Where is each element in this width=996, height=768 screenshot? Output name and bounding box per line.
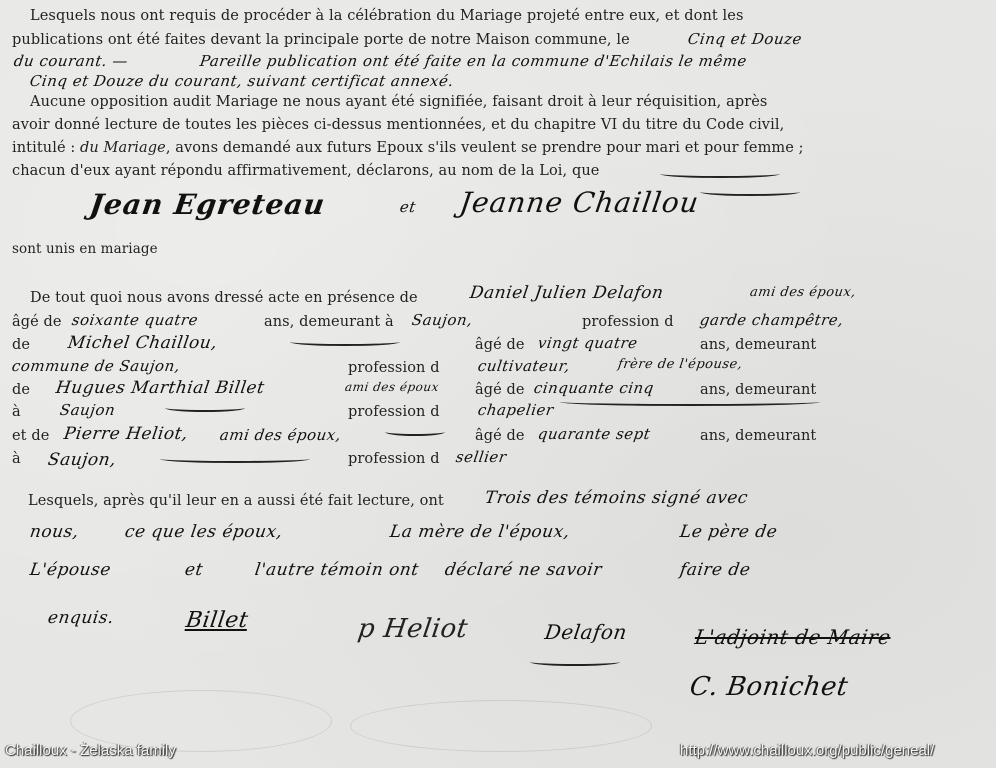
watermark-family: Chailloux - Żelaska family: [5, 742, 176, 759]
handwritten-pareille: Pareille publication ont été faite en la…: [199, 52, 748, 70]
printed-line: chacun d'eux ayant répondu affirmativeme…: [12, 163, 599, 179]
filler-squiggle: [160, 455, 310, 463]
printed-italic-title: du Mariage: [80, 140, 166, 156]
filler-squiggle: [700, 188, 800, 196]
closing-lepouse: L'épouse: [29, 560, 113, 580]
printed-line: intitulé : du Mariage, avons demandé aux…: [12, 140, 804, 156]
label-profession: profession d: [348, 404, 440, 420]
printed-line: publications ont été faites devant la pr…: [12, 32, 630, 48]
witness4-relation: ami des époux,: [219, 426, 343, 444]
label-profession: profession d: [348, 360, 440, 376]
signature-adjoint-maire: L'adjoint de Maire: [693, 625, 892, 649]
witness3-age: cinquante cinq: [533, 379, 655, 397]
signature-delafon: Delafon: [543, 620, 628, 644]
groom-name: Jean Egreteau: [88, 188, 328, 221]
witness2-relation: frère de l'épouse,: [617, 357, 743, 372]
label-age: âgé de: [12, 314, 62, 330]
witness1-age: soixante quatre: [71, 311, 200, 329]
bride-name: Jeanne Chaillou: [458, 186, 702, 219]
handwritten-pub-dates: Cinq et Douze: [687, 30, 804, 48]
spouses-and: et: [399, 198, 417, 216]
witness2-profession: cultivateur,: [477, 357, 571, 375]
scanned-marriage-record: Lesquels nous ont requis de procéder à l…: [0, 0, 996, 768]
signature-heliot: p Heliot: [356, 614, 470, 644]
label-de: de: [12, 382, 30, 398]
printed-text: intitulé :: [12, 140, 80, 156]
witness3-residence: Saujon: [59, 401, 117, 419]
filler-squiggle: [165, 404, 245, 412]
closing-le-pere: Le père de: [679, 522, 779, 542]
printed-line: sont unis en mariage: [12, 241, 158, 257]
label-age: âgé de: [475, 428, 525, 444]
bleed-through-mark: [350, 700, 652, 752]
closing-declare: déclaré ne savoir: [444, 560, 604, 580]
closing-faire-de: faire de: [679, 560, 752, 580]
witness1-residence: Saujon,: [411, 311, 474, 329]
signature-billet: Billet: [184, 608, 250, 633]
witness3-name: Hugues Marthial Billet: [55, 378, 266, 398]
witness3-relation: ami des époux: [344, 380, 440, 394]
filler-squiggle: [385, 428, 445, 436]
closing-line-1: Trois des témoins signé avec: [484, 488, 750, 508]
label-profession: profession d: [348, 451, 440, 467]
printed-text: , avons demandé aux futurs Epoux s'ils v…: [166, 140, 804, 156]
label-a: à: [12, 404, 21, 420]
closing-la-mere: La mère de l'époux,: [389, 522, 571, 542]
label-a: à: [12, 451, 21, 467]
printed-line: avoir donné lecture de toutes les pièces…: [12, 117, 784, 133]
signature-bonichet: C. Bonichet: [688, 672, 850, 702]
printed-line: Lesquels, après qu'il leur en a aussi ét…: [28, 493, 444, 509]
closing-autre-temoin: l'autre témoin ont: [254, 560, 420, 580]
witness2-residence: commune de Saujon,: [11, 357, 182, 375]
witness2-age: vingt quatre: [537, 334, 639, 352]
label-age: âgé de: [475, 382, 525, 398]
label-age: âgé de: [475, 337, 525, 353]
watermark-url[interactable]: http://www.chailloux.org/public/geneal/: [680, 742, 934, 759]
witness4-profession: sellier: [455, 448, 508, 466]
printed-line: Aucune opposition audit Mariage ne nous …: [30, 94, 767, 110]
printed-line: Lesquels nous ont requis de procéder à l…: [30, 8, 744, 24]
label-ans-demeurant: ans, demeurant: [700, 428, 816, 444]
closing-et: et: [184, 560, 205, 580]
filler-squiggle: [290, 338, 400, 346]
signature-flourish: [530, 658, 620, 666]
witness1-name: Daniel Julien Delafon: [469, 283, 665, 303]
witness3-profession: chapelier: [477, 401, 555, 419]
label-et-de: et de: [12, 428, 49, 444]
handwritten-pub-dates-2: Cinq et Douze du courant, suivant certif…: [29, 72, 455, 90]
printed-line: De tout quoi nous avons dressé acte en p…: [30, 290, 418, 306]
witness2-name: Michel Chaillou,: [67, 333, 219, 353]
closing-enquis: enquis.: [47, 608, 116, 628]
witness4-residence: Saujon,: [47, 450, 118, 470]
label-ans-demeurant: ans, demeurant: [700, 382, 816, 398]
witness4-age: quarante sept: [537, 425, 652, 443]
label-ans-demeurant: ans, demeurant: [700, 337, 816, 353]
closing-nous: nous,: [29, 522, 81, 542]
witness1-relation: ami des époux,: [749, 285, 857, 300]
label-de: de: [12, 337, 30, 353]
handwritten-pub-month: du courant. —: [13, 52, 129, 70]
closing-ce-que: ce que les époux,: [124, 522, 284, 542]
label-ans-demeurant: ans, demeurant à: [264, 314, 394, 330]
filler-squiggle: [660, 170, 780, 178]
label-profession: profession d: [582, 314, 674, 330]
filler-squiggle: [560, 398, 820, 406]
witness1-profession: garde champêtre,: [699, 311, 845, 329]
witness4-name: Pierre Heliot,: [63, 424, 190, 444]
